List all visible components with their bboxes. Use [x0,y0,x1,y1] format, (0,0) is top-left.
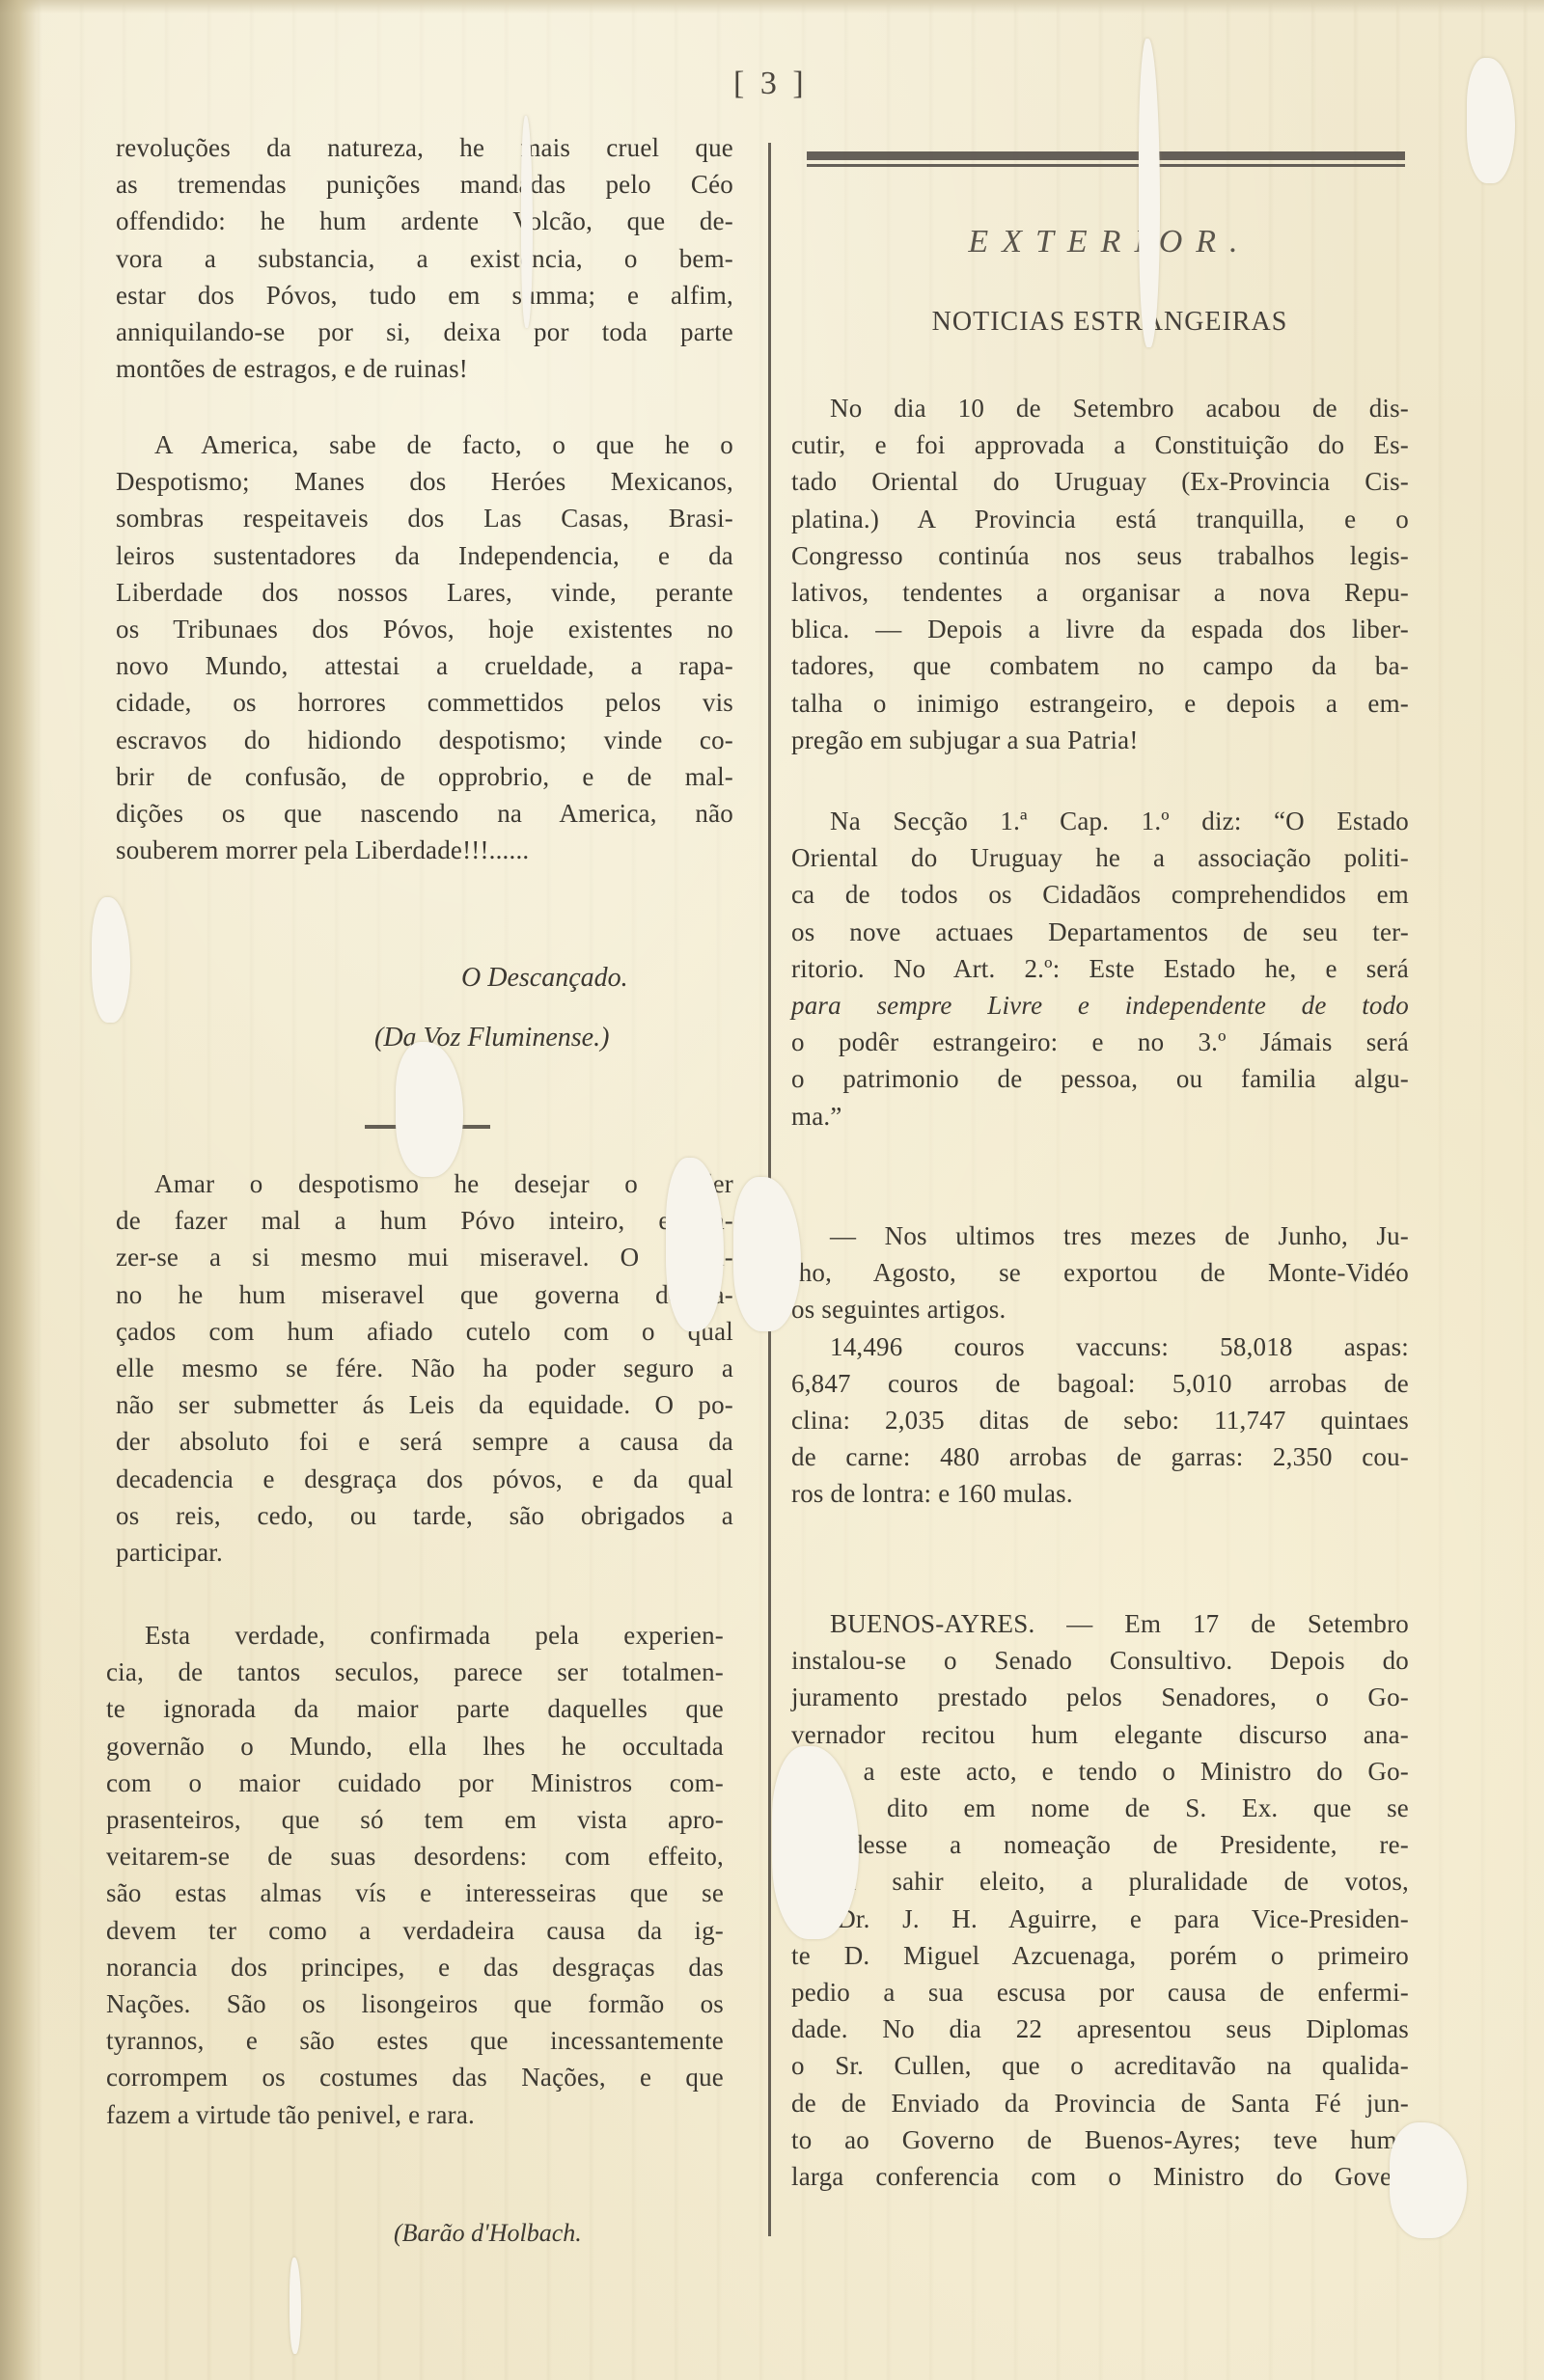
text-line: verno dito em nome de S. Ex. que se [791,1790,1409,1826]
text-line: te ignorada da maior parte daquelles que [106,1690,724,1727]
subheading-noticias-estrangeiras: NOTICIAS ESTRANGEIRAS [811,307,1409,338]
text-line: instalou-se o Senado Consultivo. Depois … [791,1642,1409,1679]
paper-damage [289,2257,301,2354]
text-line: clina: 2,035 ditas de sebo: 11,747 quint… [791,1402,1409,1438]
text-line: vernador recitou hum elegante discurso a… [791,1716,1409,1753]
text-line: lativos, tendentes a organisar a nova Re… [791,574,1409,611]
paper-damage [1139,39,1160,347]
left-paragraph-3: Amar o despotismo he desejar o poder de … [116,1165,733,1571]
newspaper-page: [ 3 ] revoluções da natureza, he mais cr… [0,0,1544,2380]
text-line: Congresso continúa nos seus trabalhos le… [791,537,1409,574]
text-line: BUENOS-AYRES. — Em 17 de Setembro [791,1605,1409,1642]
text-line: ritorio. No Art. 2.º: Este Estado he, e … [791,950,1409,987]
header-double-rule [807,151,1405,167]
text-line: norancia dos principes, e das desgraças … [106,1949,724,1985]
text-line: çados com hum afiado cutelo com o qual [116,1313,733,1350]
text-line: de de Enviado da Provincia de Santa Fé j… [791,2085,1409,2121]
text-line: ma.” [791,1098,1409,1135]
text-line: juramento prestado pelos Senadores, o Go… [791,1679,1409,1715]
text-line: der absoluto foi e será sempre a causa d… [116,1423,733,1460]
text-line: o podêr estrangeiro: e no 3.º Jámais ser… [791,1024,1409,1060]
text-line: logo a este acto, e tendo o Ministro do … [791,1753,1409,1790]
text-line: Esta verdade, confirmada pela experien- [106,1617,724,1654]
text-line: elle mesmo se fére. Não ha poder seguro … [116,1350,733,1386]
paper-damage [396,1042,463,1177]
text-line: anniquilando-se por si, deixa por toda p… [116,314,733,350]
text-line: tyrannos, e são estes que incessantement… [106,2022,724,2059]
text-line: platina.) A Provincia está tranquilla, e… [791,501,1409,537]
text-line: zer-se a si mesmo mui miseravel. O tyran… [116,1239,733,1275]
text-line: prasenteiros, que só tem em vista apro- [106,1801,724,1838]
left-paragraph-1: revoluções da natureza, he mais cruel qu… [116,129,733,387]
right-paragraph-4: BUENOS-AYRES. — Em 17 de Setembro instal… [791,1605,1409,2195]
text-line: te D. Miguel Azcuenaga, porém o primeiro [791,1937,1409,1974]
text-line: to ao Governo de Buenos-Ayres; teve huma [791,2121,1409,2158]
text-line: fazem a virtude tão penivel, e rara. [106,2096,724,2133]
text-line: novo Mundo, attestai a crueldade, a rapa… [116,647,733,684]
text-line: revoluções da natureza, he mais cruel qu… [116,129,733,166]
text-line: cia, de tantos seculos, parece ser total… [106,1654,724,1690]
text-line: o patrimonio de pessoa, ou familia algu- [791,1060,1409,1097]
text-line: sombras respeitaveis dos Las Casas, Bras… [116,500,733,536]
text-line: cidade, os horrores commettidos pelos vi… [116,684,733,721]
paper-damage [92,897,130,1023]
text-line: leiros sustentadores da Independencia, e… [116,537,733,574]
text-line: escravos do hidiondo despotismo; vinde c… [116,722,733,758]
text-line: veitarem-se de suas desordens: com effei… [106,1838,724,1874]
text-line: Na Secção 1.ª Cap. 1.º diz: “O Estado [791,803,1409,839]
text-line: devem ter como a verdadeira causa da ig- [106,1912,724,1949]
text-line: pedio a sua escusa por causa de enfermi- [791,1974,1409,2011]
page-left-edge-stain [0,0,41,2380]
text-line: sultou sahir eleito, a pluralidade de vo… [791,1863,1409,1900]
paper-damage [733,1177,801,1331]
paper-damage [1467,58,1515,183]
text-line: brir de confusão, de opprobrio, e de mal… [116,758,733,795]
text-line: blica. — Depois a livre da espada dos li… [791,611,1409,647]
left-paragraph-2: A America, sabe de facto, o que he o Des… [116,426,733,868]
text-line: os seguintes artigos. [791,1291,1409,1327]
text-line: o Dr. J. H. Aguirre, e para Vice-Preside… [791,1901,1409,1937]
text-line: procedesse a nomeação de Presidente, re- [791,1826,1409,1863]
right-paragraph-2: Na Secção 1.ª Cap. 1.º diz: “O Estado Or… [791,803,1409,1135]
text-line: os nove actuaes Departamentos de seu ter… [791,914,1409,950]
text-line: pregão em subjugar a sua Patria! [791,722,1409,758]
text-line: tado Oriental do Uruguay (Ex-Provincia C… [791,463,1409,500]
page-number: [ 3 ] [733,66,808,102]
text-line: larga conferencia com o Ministro do Gove… [791,2158,1409,2195]
right-paragraph-1: No dia 10 de Setembro acabou de dis- cut… [791,390,1409,758]
text-line: montões de estragos, e de ruinas! [116,350,733,387]
text-line: com o maior cuidado por Ministros com- [106,1764,724,1801]
text-line: participar. [116,1534,733,1571]
paper-damage [1390,2122,1467,2238]
text-line: offendido: he hum ardente Volcão, que de… [116,203,733,239]
text-line: no he hum miseravel que governa desgra- [116,1276,733,1313]
text-line: Nações. São os lisongeiros que formão os [106,1985,724,2022]
text-line: lho, Agosto, se exportou de Monte-Vidéo [791,1254,1409,1291]
text-line: as tremendas punições mandadas pelo Céo [116,166,733,203]
text-line: 14,496 couros vaccuns: 58,018 aspas: [791,1328,1409,1365]
text-line: de carne: 480 arrobas de garras: 2,350 c… [791,1438,1409,1475]
text-line: corrompem os costumes das Nações, e que [106,2059,724,2095]
text-line: No dia 10 de Setembro acabou de dis- [791,390,1409,426]
right-paragraph-3: — Nos ultimos tres mezes de Junho, Ju- l… [791,1217,1409,1513]
text-line: tadores, que combatem no campo da ba- [791,647,1409,684]
text-line: os Tribunaes dos Póvos, hoje existentes … [116,611,733,647]
text-line: os reis, cedo, ou tarde, são obrigados a [116,1497,733,1534]
text-line: ca de todos os Cidadãos comprehendidos e… [791,876,1409,913]
text-line: dade. No dia 22 apresentou seus Diplomas [791,2011,1409,2047]
text-line: de fazer mal a hum Póvo inteiro, e fa- [116,1202,733,1239]
text-line: decadencia e desgraça dos póvos, e da qu… [116,1461,733,1497]
text-line: não ser submetter ás Leis da equidade. O… [116,1386,733,1423]
text-line: vora a substancia, a existencia, o bem- [116,240,733,277]
text-line: Oriental do Uruguay he a associação poli… [791,839,1409,876]
section-heading-exterior: EXTERIOR. [811,224,1409,260]
text-line: cutir, e foi approvada a Constituição do… [791,426,1409,463]
text-line: governão o Mundo, ella lhes he occultada [106,1728,724,1764]
text-line: talha o inimigo estrangeiro, e depois a … [791,685,1409,722]
text-line: — Nos ultimos tres mezes de Junho, Ju- [791,1217,1409,1254]
text-line: são estas almas vís e interesseiras que … [106,1874,724,1911]
text-line: souberem morrer pela Liberdade!!!...... [116,832,733,868]
text-line: Liberdade dos nossos Lares, vinde, peran… [116,574,733,611]
text-line: 6,847 couros de bagoal: 5,010 arrobas de [791,1365,1409,1402]
text-line: o Sr. Cullen, que o acreditavão na quali… [791,2047,1409,2084]
page-top-edge [0,0,1544,14]
text-line: para sempre Livre e independente de todo [791,987,1409,1024]
text-line: Despotismo; Manes dos Heróes Mexicanos, [116,463,733,500]
left-paragraph-4: Esta verdade, confirmada pela experien- … [106,1617,724,2133]
signature-o-descancado: O Descançado. [461,963,628,994]
signature-barao-holbach: (Barão d'Holbach. [394,2219,582,2248]
text-line: dições os que nascendo na America, não [116,795,733,832]
text-line: estar dos Póvos, tudo em summa; e alfim, [116,277,733,314]
text-line: A America, sabe de facto, o que he o [116,426,733,463]
text-line: ros de lontra: e 160 mulas. [791,1475,1409,1512]
